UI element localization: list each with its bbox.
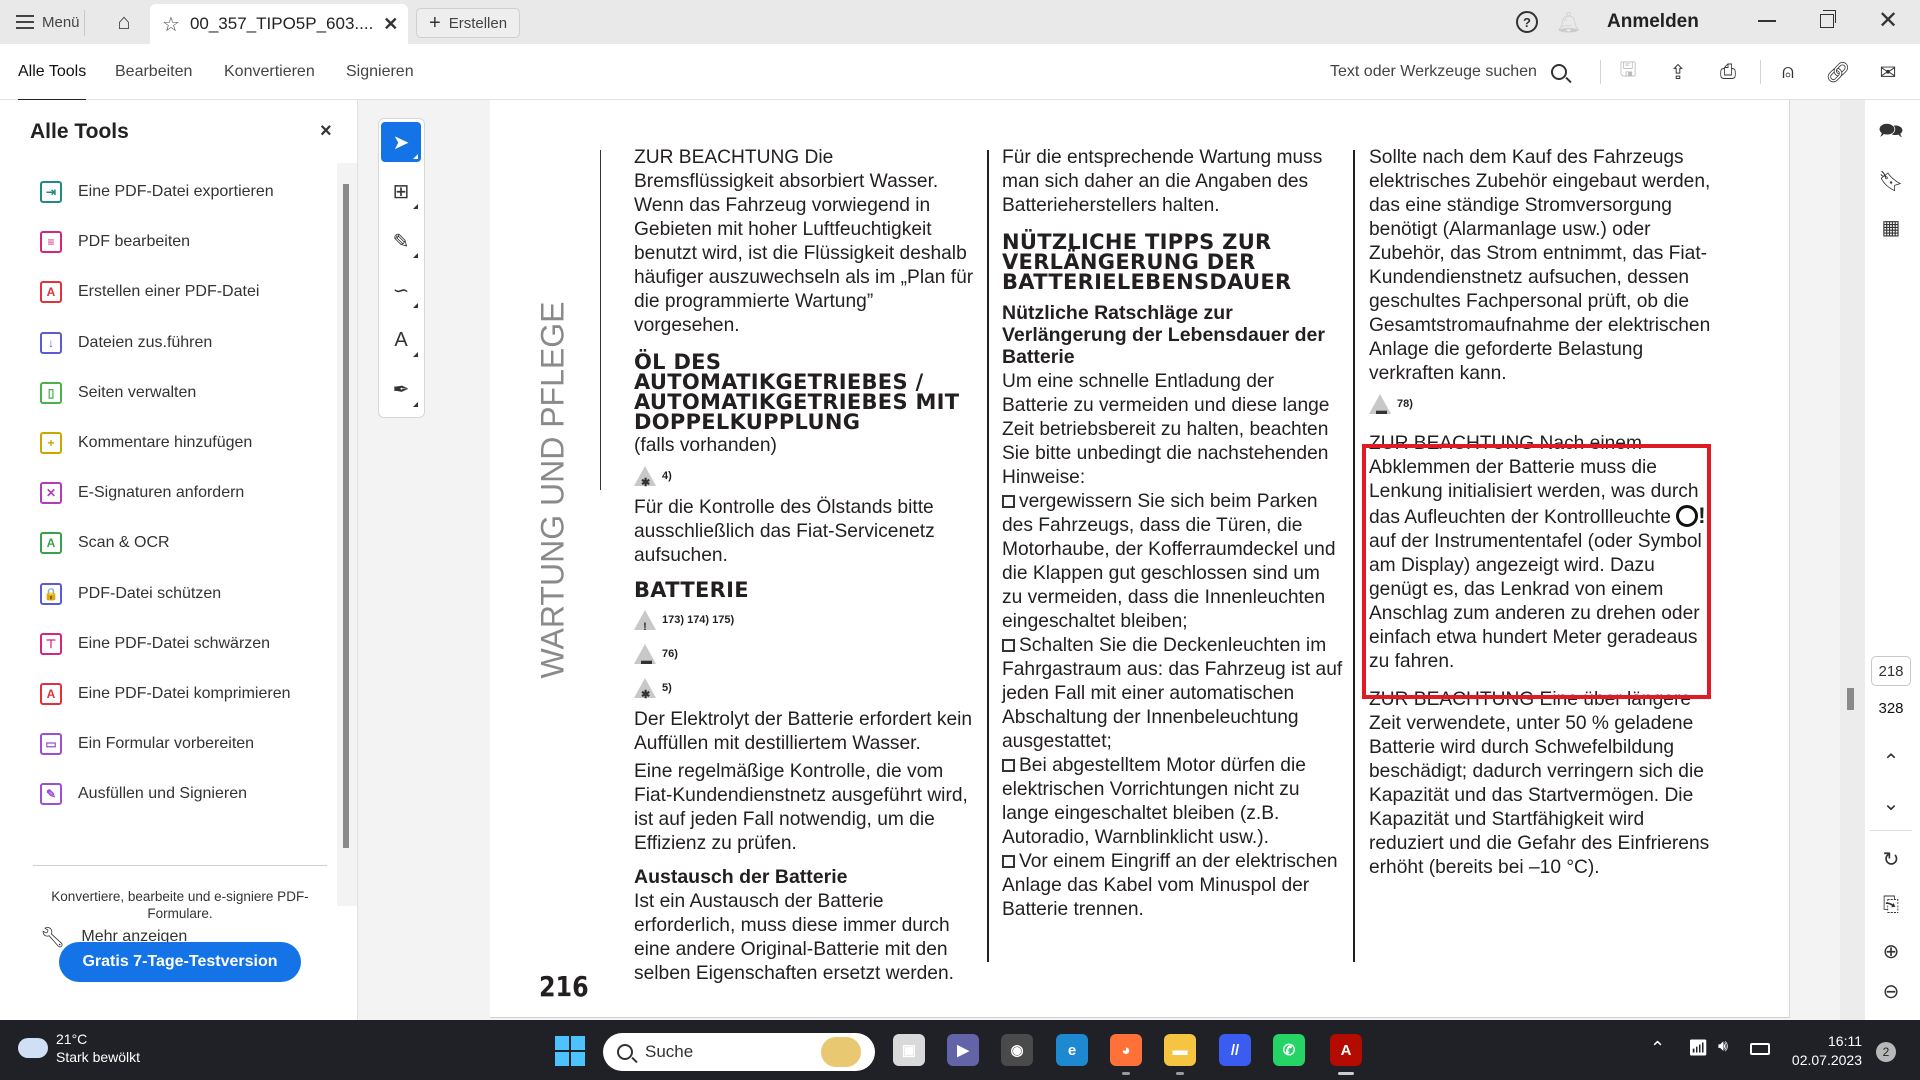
running-indicator bbox=[1176, 1072, 1184, 1075]
task-view-taskbar-icon[interactable]: ▣ bbox=[893, 1034, 925, 1066]
divider bbox=[33, 865, 327, 866]
select-tool-button[interactable]: ➤ bbox=[381, 122, 421, 162]
create-pdf-icon: A bbox=[40, 281, 62, 303]
thumbnails-icon[interactable]: ▦ bbox=[1876, 214, 1906, 240]
whatsapp-taskbar-icon[interactable]: ✆ bbox=[1273, 1034, 1305, 1066]
sidebar-tool-label: Seiten verwalten bbox=[78, 384, 196, 402]
section-heading: BATTERIE bbox=[634, 580, 974, 600]
home-button[interactable]: ⌂ bbox=[110, 0, 138, 44]
panel-title: Alle Tools bbox=[30, 120, 129, 144]
section-heading: NÜTZLICHE TIPPS ZUR VERLÄNGERUNG DER BAT… bbox=[1002, 232, 1344, 292]
column-1: ZUR BEACHTUNG Die Bremsflüssigkeit absor… bbox=[634, 146, 974, 990]
minimize-icon[interactable] bbox=[1758, 20, 1776, 22]
bullet-text: vergewissern Sie sich beim Parken des Fa… bbox=[1002, 491, 1336, 632]
camera-app-taskbar-icon[interactable]: ◉ bbox=[1001, 1034, 1033, 1066]
paragraph: Für die Kontrolle des Ölstands bitte aus… bbox=[634, 496, 974, 568]
notification-badge[interactable]: 2 bbox=[1876, 1042, 1896, 1062]
running-indicator bbox=[1338, 1072, 1354, 1075]
plus-icon: + bbox=[429, 12, 441, 35]
time: 16:11 bbox=[1786, 1032, 1862, 1051]
firefox-taskbar-icon[interactable]: ◕ bbox=[1110, 1034, 1142, 1066]
reference-line: ▬ 76) bbox=[634, 640, 974, 668]
sidebar-tool-item[interactable]: ▭Ein Formular vorbereiten bbox=[40, 729, 254, 759]
draw-tool-button[interactable]: ∽ bbox=[381, 271, 421, 311]
wrench-icon: 🔧︎ bbox=[40, 925, 65, 950]
side-rule bbox=[600, 150, 601, 490]
sidebar-tool-item[interactable]: 🔒PDF-Datei schützen bbox=[40, 579, 221, 609]
all-tools-panel: Alle Tools × ⇥Eine PDF-Datei exportieren… bbox=[0, 100, 358, 1020]
divider bbox=[1760, 60, 1761, 84]
page-number: 216 bbox=[539, 970, 589, 1003]
battery-icon[interactable] bbox=[1750, 1043, 1770, 1055]
subheading: Nützliche Ratschläge zur Verlängerung de… bbox=[1002, 302, 1344, 368]
start-button[interactable] bbox=[555, 1036, 585, 1066]
reference: 173) 174) 175) bbox=[662, 608, 734, 632]
taskbar: 21°C Stark bewölkt Suche ▣▶◉e◕▬//✆A ⌃ 📶︎… bbox=[0, 1020, 1920, 1080]
environment-warning-icon: ✱ bbox=[634, 466, 656, 486]
combine-files-icon: ↓ bbox=[40, 332, 62, 354]
create-label: Erstellen bbox=[449, 15, 507, 32]
vehicle-warning-icon: ▬ bbox=[634, 644, 656, 664]
wifi-icon[interactable]: 📶︎ bbox=[1688, 1038, 1708, 1058]
app-blue-taskbar-icon[interactable]: // bbox=[1219, 1034, 1251, 1066]
bullet-item: Schalten Sie die Deckenleuchten im Fahrg… bbox=[1002, 634, 1344, 754]
search-icon[interactable] bbox=[1551, 64, 1567, 80]
current-page-field[interactable]: 218 bbox=[1871, 656, 1911, 686]
reference: 5) bbox=[662, 676, 672, 700]
weather-widget[interactable]: 21°C Stark bewölkt bbox=[18, 1030, 140, 1066]
paragraph: Für die entsprechende Wartung muss man s… bbox=[1002, 146, 1344, 218]
sidebar-tool-item[interactable]: +Kommentare hinzufügen bbox=[40, 428, 252, 458]
section-heading: ÖL DES AUTOMATIKGETRIEBES / AUTOMATIKGET… bbox=[634, 352, 974, 432]
sidebar-tool-label: Eine PDF-Datei schwärzen bbox=[78, 635, 270, 653]
share-user-icon[interactable]: ⍝ bbox=[1774, 58, 1802, 86]
divider bbox=[84, 10, 85, 36]
sidebar-tool-label: PDF bearbeiten bbox=[78, 233, 190, 251]
column-rule bbox=[1353, 150, 1355, 962]
checkbox-bullet-icon bbox=[1002, 759, 1015, 772]
environment-warning-icon: ✱ bbox=[634, 678, 656, 698]
redact-pdf-icon: ⊤ bbox=[40, 633, 62, 655]
bullet-text: Schalten Sie die Deckenleuchten im Fahrg… bbox=[1002, 635, 1342, 752]
volume-icon[interactable]: 🔊︎ bbox=[1718, 1038, 1728, 1056]
edge-taskbar-icon[interactable]: e bbox=[1056, 1034, 1088, 1066]
sidebar-tool-item[interactable]: ≡PDF bearbeiten bbox=[40, 227, 190, 257]
toolbar: Alle Tools Bearbeiten Konvertieren Signi… bbox=[0, 44, 1920, 100]
upload-cloud-icon[interactable]: ⇪ bbox=[1664, 58, 1692, 86]
next-page-icon[interactable]: ⌄ bbox=[1876, 790, 1906, 816]
total-pages: 328 bbox=[1871, 700, 1911, 717]
paragraph: Eine regelmäßige Kontrolle, die vom Fiat… bbox=[634, 760, 974, 856]
tab-sign[interactable]: Signieren bbox=[346, 44, 414, 100]
running-indicator bbox=[1122, 1072, 1130, 1075]
sidebar-tool-label: PDF-Datei schützen bbox=[78, 585, 221, 603]
free-trial-button[interactable]: Gratis 7-Tage-Testversion bbox=[59, 942, 301, 982]
vertical-scrollbar[interactable] bbox=[1840, 100, 1865, 1020]
reference: 78) bbox=[1397, 392, 1413, 416]
sidebar-tool-item[interactable]: ⇥Eine PDF-Datei exportieren bbox=[40, 177, 274, 207]
search-tools-label: Text oder Werkzeuge suchen bbox=[1330, 63, 1537, 81]
sidebar-tool-label: Dateien zus.führen bbox=[78, 334, 212, 352]
close-tab-icon[interactable]: ✕ bbox=[383, 14, 398, 35]
reference-line: ✱ 5) bbox=[634, 674, 974, 702]
create-button[interactable]: + Erstellen bbox=[416, 8, 520, 38]
title-bar: Menü ⌂ ☆ 00_357_TIPO5P_603.... ✕ + Erste… bbox=[0, 0, 1920, 44]
bullet-item: vergewissern Sie sich beim Parken des Fa… bbox=[1002, 490, 1344, 634]
checkbox-bullet-icon bbox=[1002, 495, 1015, 508]
acrobat-taskbar-icon[interactable]: A bbox=[1330, 1034, 1362, 1066]
paragraph: Ist ein Austausch der Batterie erforderl… bbox=[634, 890, 974, 986]
search-tools[interactable]: Text oder Werkzeuge suchen bbox=[1330, 44, 1567, 100]
tab-all-tools[interactable]: Alle Tools bbox=[18, 44, 86, 100]
sidebar-tool-item[interactable]: ✎Ausfüllen und Signieren bbox=[40, 779, 247, 809]
document-tab[interactable]: ☆ 00_357_TIPO5P_603.... ✕ bbox=[150, 4, 408, 44]
menu-label: Menü bbox=[42, 14, 80, 31]
sidebar-tool-label: Eine PDF-Datei exportieren bbox=[78, 183, 274, 201]
sidebar-tool-item[interactable]: AErstellen einer PDF-Datei bbox=[40, 277, 259, 307]
sidebar-tool-label: Scan & OCR bbox=[78, 534, 170, 552]
highlight-tool-button[interactable]: ✎ bbox=[381, 221, 421, 261]
comment-icon: + bbox=[40, 432, 62, 454]
bullet-item: Bei abgestelltem Motor dürfen die elektr… bbox=[1002, 754, 1344, 850]
rotate-icon[interactable]: ↻ bbox=[1876, 846, 1906, 872]
vehicle-warning-icon: ▬ bbox=[1369, 394, 1391, 414]
heading-note: (falls vorhanden) bbox=[634, 434, 974, 458]
file-explorer-taskbar-icon[interactable]: ▬ bbox=[1164, 1034, 1196, 1066]
restore-icon[interactable] bbox=[1820, 14, 1834, 28]
taskbar-search[interactable]: Suche bbox=[603, 1033, 875, 1071]
sidebar-tool-item[interactable]: AEine PDF-Datei komprimieren bbox=[40, 679, 291, 709]
reference-line: ! 173) 174) 175) bbox=[634, 606, 974, 634]
sidebar-tool-item[interactable]: AScan & OCR bbox=[40, 528, 170, 558]
show-hidden-icons[interactable]: ⌃ bbox=[1650, 1038, 1665, 1059]
weather-temperature: 21°C bbox=[56, 1030, 140, 1048]
sidebar-tool-label: E-Signaturen anfordern bbox=[78, 484, 244, 502]
scan-ocr-icon: A bbox=[40, 532, 62, 554]
home-icon: ⌂ bbox=[117, 9, 130, 35]
organize-pages-icon: ▯ bbox=[40, 382, 62, 404]
protect-pdf-icon: 🔒 bbox=[40, 583, 62, 605]
divider bbox=[1600, 60, 1601, 84]
bullet-item: Vor einem Eingriff an der elektrischen A… bbox=[1002, 850, 1344, 922]
subheading: Austausch der Batterie bbox=[634, 866, 974, 888]
previous-page-icon[interactable]: ⌃ bbox=[1876, 748, 1906, 774]
date: 02.07.2023 bbox=[1786, 1051, 1862, 1070]
sidebar-tool-item[interactable]: ✕E-Signaturen anfordern bbox=[40, 478, 244, 508]
close-panel-icon[interactable]: × bbox=[320, 120, 332, 143]
hamburger-icon bbox=[16, 15, 34, 29]
paragraph: Der Elektrolyt der Batterie erfordert ke… bbox=[634, 708, 974, 756]
vertical-scrollbar-thumb[interactable] bbox=[1847, 688, 1854, 710]
danger-warning-icon: ! bbox=[634, 610, 656, 630]
fit-page-icon[interactable]: ⎘ bbox=[1876, 892, 1906, 918]
sidebar-tool-item[interactable]: ⊤Eine PDF-Datei schwärzen bbox=[40, 629, 270, 659]
sidebar-tool-label: Ausfüllen und Signieren bbox=[78, 785, 247, 803]
teams-meet-taskbar-icon[interactable]: ▶ bbox=[947, 1034, 979, 1066]
edit-pdf-icon: ≡ bbox=[40, 231, 62, 253]
notification-bell-icon[interactable]: 🔔︎ bbox=[1556, 10, 1581, 35]
paragraph: Um eine schnelle Entladung der Batterie … bbox=[1002, 370, 1344, 490]
highlight-annotation[interactable] bbox=[1362, 444, 1711, 699]
prepare-form-icon: ▭ bbox=[40, 733, 62, 755]
clock[interactable]: 16:11 02.07.2023 bbox=[1786, 1032, 1862, 1070]
sidebar-tool-label: Erstellen einer PDF-Datei bbox=[78, 283, 259, 301]
sign-tool-button[interactable]: ✒ bbox=[381, 370, 421, 410]
weather-description: Stark bewölkt bbox=[56, 1048, 140, 1066]
star-icon[interactable]: ☆ bbox=[162, 12, 180, 37]
fill-sign-icon: ✎ bbox=[40, 783, 62, 805]
bullet-text: Bei abgestelltem Motor dürfen die elektr… bbox=[1002, 755, 1306, 848]
export-pdf-icon: ⇥ bbox=[40, 181, 62, 203]
search-icon bbox=[617, 1044, 633, 1060]
sidebar-tool-label: Eine PDF-Datei komprimieren bbox=[78, 685, 291, 703]
request-esign-icon: ✕ bbox=[40, 482, 62, 504]
paragraph: Sollte nach dem Kauf des Fahrzeugs elekt… bbox=[1369, 146, 1711, 386]
divider bbox=[1870, 830, 1912, 831]
sidebar-tool-item[interactable]: ↓Dateien zus.führen bbox=[40, 328, 212, 358]
reference: 76) bbox=[662, 642, 678, 666]
bullet-text: Vor einem Eingriff an der elektrischen A… bbox=[1002, 851, 1338, 920]
section-side-label-text: WARTUNG UND PFLEGE bbox=[535, 302, 572, 679]
window-close-icon[interactable]: ✕ bbox=[1878, 6, 1898, 35]
checkbox-bullet-icon bbox=[1002, 639, 1015, 652]
column-2: Für die entsprechende Wartung muss man s… bbox=[1002, 146, 1344, 922]
compress-pdf-icon: A bbox=[40, 683, 62, 705]
tab-edit[interactable]: Bearbeiten bbox=[115, 44, 192, 100]
bookmarks-icon[interactable]: 🔖︎ bbox=[1876, 168, 1906, 194]
reference: 4) bbox=[662, 464, 672, 488]
scrollbar-thumb[interactable] bbox=[343, 184, 349, 848]
sidebar-tool-label: Ein Formular vorbereiten bbox=[78, 735, 254, 753]
search-placeholder: Suche bbox=[645, 1042, 693, 1062]
reference-line: ▬ 78) bbox=[1369, 390, 1711, 418]
promo-text: Konvertiere, bearbeite und e-signiere PD… bbox=[30, 888, 330, 922]
add-comment-tool-button[interactable]: ⊞ bbox=[381, 172, 421, 212]
zoom-out-icon[interactable]: ⊖ bbox=[1876, 978, 1906, 1004]
paragraph: ZUR BEACHTUNG Die Bremsflüssigkeit absor… bbox=[634, 146, 974, 338]
checkbox-bullet-icon bbox=[1002, 855, 1015, 868]
comments-panel-icon[interactable]: 🗪︎ bbox=[1876, 120, 1906, 146]
paragraph: ZUR BEACHTUNG Eine über längere Zeit ver… bbox=[1369, 688, 1711, 880]
link-icon[interactable]: 🔗︎ bbox=[1824, 58, 1852, 86]
sidebar-tool-label: Kommentare hinzufügen bbox=[78, 434, 252, 452]
zoom-in-icon[interactable]: ⊕ bbox=[1876, 938, 1906, 964]
email-icon[interactable]: ✉ bbox=[1874, 58, 1902, 86]
document-tab-title: 00_357_TIPO5P_603.... bbox=[190, 14, 373, 34]
tab-convert[interactable]: Konvertieren bbox=[224, 44, 315, 100]
save-icon[interactable]: 🖫︎ bbox=[1614, 58, 1642, 86]
reference-line: ✱ 4) bbox=[634, 462, 974, 490]
cloudy-weather-icon bbox=[18, 1038, 48, 1058]
help-icon[interactable]: ? bbox=[1516, 11, 1538, 33]
column-rule bbox=[987, 150, 989, 962]
text-select-tool-button[interactable]: A bbox=[381, 320, 421, 360]
menu-button[interactable]: Menü bbox=[16, 0, 80, 44]
print-icon[interactable]: ⎙ bbox=[1714, 58, 1742, 86]
search-highlight-image bbox=[821, 1037, 861, 1067]
sidebar-tool-item[interactable]: ▯Seiten verwalten bbox=[40, 378, 196, 408]
sign-in-button[interactable]: Anmelden bbox=[1607, 0, 1699, 44]
